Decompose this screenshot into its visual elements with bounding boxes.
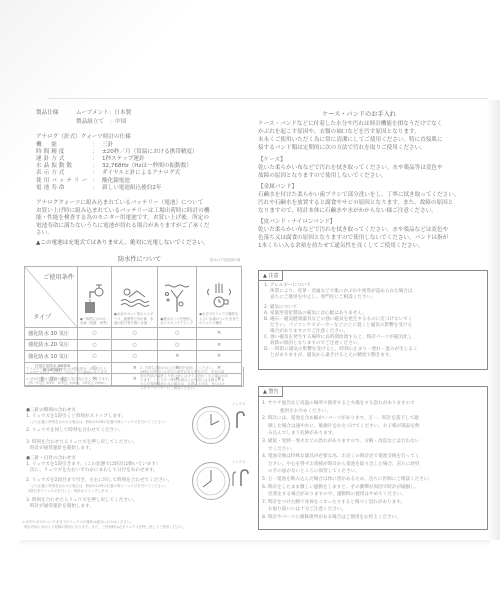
condition-caption: ●潜水ボンベを使用しないスキンダイビング xyxy=(158,316,196,327)
warning-tag: ▲ 警告 xyxy=(258,386,283,397)
leather-band-line: 色落ち又は腐食の原因となりますので使用しないでください。バンドは指が xyxy=(258,235,448,242)
condition-caption: ●水泳やヨット等のエスポーツ、漁業等で水仕事、水道の蛇口等の強い水流 xyxy=(112,311,157,327)
spec-row: 使用バッテリー：酸化銀電池 xyxy=(36,178,198,185)
battery-note-line: 能・性能を検査する為のモニター用電池です。お買い上げ後、所定の xyxy=(36,215,209,222)
leather-band-line: 1本くらい入る余裕を持たせて通気性を良くしてご使用ください。 xyxy=(258,243,424,250)
faucet-icon xyxy=(81,282,109,316)
battery-warning: ▲この電池は充電式ではありません。絶対に充電しないでください。 xyxy=(36,240,208,247)
page-shadow xyxy=(486,100,500,540)
metal-band-line: 汚れや石鹸水を放置すると腐食やサビの原因となります。また、故障の原因と xyxy=(258,200,453,207)
clock-face-icon xyxy=(193,463,229,499)
spec-title: アナログ（針式）クォーツ時計の仕様 xyxy=(36,134,131,141)
watch-diagram-clock xyxy=(192,406,230,444)
caution-list: 1. アレルギーについて 体質により、皮革・金属などで肌にかぶれや異常が認められ… xyxy=(264,283,417,359)
battery-note-line: 電池寿命に満たないうちに電池が切れる場合がありますがご了承くだ xyxy=(36,223,209,230)
swimming-icon xyxy=(119,283,151,311)
crown-label: リュウズ xyxy=(232,402,245,407)
leather-band-line: 乾いた柔らかい布などで汚れを拭き取ってください。水や薬品などは変色や xyxy=(258,227,448,234)
warning-item: 5. 万一電池を飲み込んだ場合は体に害があるため、直ちに医師にご相談ください。 xyxy=(262,476,433,484)
sheet-top-edge xyxy=(48,98,488,99)
table-row: 強化防水 20 気圧 ○ ○ ○ × xyxy=(25,339,242,351)
instruction-step: 時計が通常運針を開始します。 xyxy=(30,504,94,510)
instruction-note: （より正確に時刻を合わせる場合は、秒針が12時の位置の時にリュウズを引いてくださ… xyxy=(28,420,168,425)
case-heading: 【ケース】 xyxy=(258,157,286,164)
water-resistance-side-note: 防水は下図参照の事 xyxy=(210,258,241,263)
condition-caption: ●水分でのリュウズ操作ならびに水滴のついたままでのリュウズ操作 xyxy=(197,311,241,327)
condition-header: ●水泳やヨット等のエスポーツ、漁業等で水仕事、水道の蛇口等の強い水流 xyxy=(112,267,158,328)
warning-item: 怪我をする場合がありますので、運動時の使用はやめてください。 xyxy=(262,491,433,499)
care-intro-line: ケース・バンドなどに付着した水分や汚れは時計機能を損なうだけでなく xyxy=(258,121,442,128)
footnote-line: （例／5気圧 50m、10気圧 100m、20気圧 200m） xyxy=(26,381,108,386)
instruction-step: 時計が通常運針を開始します。 xyxy=(30,446,94,452)
spec-row: 電池寿命：新しい電池組込後約2年 xyxy=(36,185,198,192)
table-row: 強化防水 30 気圧 ○ ○ ○ × xyxy=(25,328,242,340)
caution-item: とがありますが、磁気から遠ざけると元の精度で動きます。 xyxy=(264,353,417,359)
page-shadow-bottom xyxy=(20,540,490,546)
warning-item: 3. 破裂・発熱・発火などの恐れがありますので、分解・改造などは行わない xyxy=(262,438,433,446)
metal-band-heading: 【金属バンド】 xyxy=(258,184,297,191)
header-usage-conditions: ご使用条件 xyxy=(43,272,74,281)
crown-label: リュウズ xyxy=(232,460,245,465)
diving-icon xyxy=(161,282,193,316)
warning-list: 1. サウナ風呂など高温の場所で使用すると火傷をする恐れがありますので 使用をお… xyxy=(262,400,433,522)
footnote-line: スタマーセンターにご相談ください。 xyxy=(140,386,197,391)
condition-header: ●水分でのリュウズ操作ならびに水滴のついたままでのリュウズ操作 xyxy=(197,267,242,328)
spec-list: 機 能：三針 時間精度：±20秒／月（常温における携帯精度） 運針方式：1秒ステ… xyxy=(36,142,198,192)
warning-item: 6. 時計をしたまま激しい運動をしますと、その衝撃が原因で時計が破損し、 xyxy=(262,484,433,492)
warning-item: 使用をおやめください。 xyxy=(262,408,433,416)
header-type: タイプ xyxy=(33,312,51,321)
warning-item: 2. 時計には、電池を含め細かいパーツがあります。万一、時計を落下して破 xyxy=(262,415,433,423)
warning-item: 1. サウナ風呂など高温の場所で使用すると火傷をする恐れがありますので xyxy=(262,400,433,408)
watch-diagram-clock xyxy=(192,462,230,500)
case-line: 故障の原因となりますので使用しないでください。 xyxy=(258,173,387,180)
instruction-step: 2. リュウズを回して時刻を合わせてください。 xyxy=(26,428,123,434)
condition-caption: ●一般的にかかる水滴（洗顔・雨等） xyxy=(78,316,111,327)
case-line: 乾いた柔らかい布などで汚れを拭き取ってください。水や薬品等は変色や xyxy=(258,165,443,172)
battery-note-line: さい。 xyxy=(36,230,53,237)
care-intro-line: 接するバンド類は定期的に次の方法で汚れを取りご使用ください。 xyxy=(258,145,426,152)
product-info-label: 製品仕様 xyxy=(36,110,58,117)
crown-water-warning: 時計内部に水が入り故障の原因となります。また、ご使用時は必ずリュウズを押し戻して… xyxy=(24,525,186,530)
table-row: 強化防水 10 気圧 ○ ○ × × xyxy=(25,351,242,363)
instruction-note: （より正確に時刻を合わせる場合は、秒針が12時の位置の時にリュウズを引いてくださ… xyxy=(28,484,168,489)
warning-item: お取り扱いには十分ご注意ください。 xyxy=(262,506,433,514)
crown-water-warning: ＊水中や水分がついたままでのリュウズの操作は絶対におやめください。 xyxy=(22,520,134,525)
crown-water-icon xyxy=(203,281,235,311)
clock-face-icon xyxy=(193,407,229,443)
warning-item: でください。 xyxy=(262,446,433,454)
warning-item: ださい。やむを得ずお客様が時計から電池を取り出した場合、直ちに幼児 xyxy=(262,461,433,469)
water-resistance-title: 防水性について xyxy=(118,256,161,263)
care-title: ケース・バンドのお手入れ xyxy=(322,111,396,118)
leather-band-heading: 【皮バンド・ナイロンバンド】 xyxy=(258,219,336,226)
spec-row: 機 能：三針 xyxy=(36,142,198,149)
header-corner-cell: ご使用条件 タイプ xyxy=(25,267,78,328)
caution-tag: ▲ 注意 xyxy=(258,270,283,281)
warning-item: み込んでしまう危険があります。 xyxy=(262,430,433,438)
metal-band-line: なりますので、時計本体に石鹸水や水がかからない様ご注意ください。 xyxy=(258,208,437,215)
warning-item: 7. 時計をつけた腕で身体をこすったりすると傷つく恐れがあります。 xyxy=(262,499,433,507)
care-intro-line: かぶれを起こす原因や、衣類の袖口などを汚す原因となります。 xyxy=(258,129,420,136)
table-header-row: ご使用条件 タイプ ●一般的にかかる水滴（洗顔・雨等） xyxy=(25,267,242,328)
footnote-line: と日常生活防水（3気圧～5気圧）の2種類があります。 xyxy=(26,371,110,376)
warning-item: 8. 時計やパーツに補修箇所がある場合はご使用をお控えください。 xyxy=(262,514,433,522)
battery-note-heading: アナログクォーツに組み込まれているバッテリー（電池）について xyxy=(36,200,203,207)
warning-item: の手の届かないところに保管してください。 xyxy=(262,468,433,476)
crown-two-stage-icon xyxy=(230,468,250,488)
spec-row: 時間精度：±20秒／月（常温における携帯精度） xyxy=(36,149,198,156)
condition-header: ●潜水ボンベを使用しないスキンダイビング xyxy=(158,267,197,328)
instruction-note: 2段目までリュウズを引くと、時計がストップします。） xyxy=(28,489,114,494)
care-intro-line: 末永くご使用いただく為に常に清潔にしてご使用ください。特に直接肌に xyxy=(258,137,443,144)
instruction-step: 次に、リュウズを左右いずれかにまわして日付をあわせます。 xyxy=(30,468,158,474)
metal-band-line: 石鹸水を付けた柔らかい歯ブラシで部分洗いをし、丁寧に拭き取ってください。 xyxy=(258,192,459,199)
movement-origin: ムーブメント：日本製 xyxy=(76,110,131,117)
assembly-origin: 製品組立て ：中国 xyxy=(76,119,126,126)
battery-note-line: お買い上げ時に組み込まれているバッテリーは工場出荷時に時計の機 xyxy=(36,208,209,215)
condition-header: ●一般的にかかる水滴（洗顔・雨等） xyxy=(78,267,112,328)
crown-diagram-icon xyxy=(232,410,246,430)
warning-item: 4. 電池交換は特殊な器具が必要な為、お近くの時計店で電池交換を行ってく xyxy=(262,453,433,461)
spec-row: 表示方式：ダイヤルと針によるアナログ式 xyxy=(36,170,198,177)
warning-item: 損した場合は速やかに、破損片をかたづけてください。お子様が部品を飲 xyxy=(262,423,433,431)
